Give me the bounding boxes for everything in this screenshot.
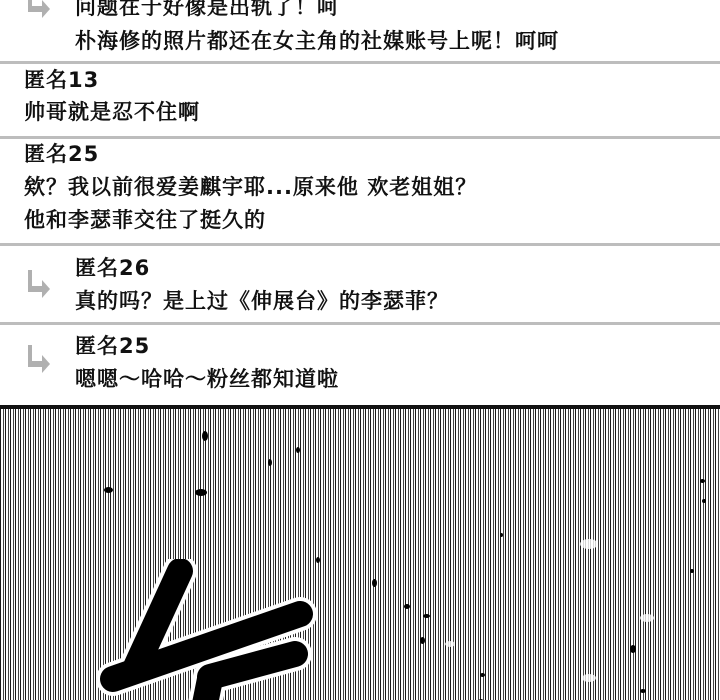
screentone-highlight: [445, 641, 455, 647]
comment-author: 匿名25: [24, 141, 99, 167]
comment-reply: 匿名25 嗯嗯～哈哈～粉丝都知道啦: [0, 325, 720, 405]
brush-stroke-glyph: [95, 559, 325, 700]
reply-arrow-icon: [28, 0, 52, 18]
ink-speck: [500, 533, 503, 537]
comment-author: 匿名13: [24, 67, 99, 93]
ink-speck: [372, 579, 377, 587]
reply-arrow-icon: [28, 345, 52, 373]
ink-speck: [702, 499, 706, 503]
ink-speck: [404, 604, 410, 609]
comment-text-line: 他和李瑟菲交往了挺久的: [24, 207, 266, 233]
comment-text-line: 真的吗？是上过《伸展台》的李瑟菲？: [75, 288, 449, 314]
ink-speck: [690, 569, 694, 573]
ink-speck: [296, 447, 300, 453]
comment-text-line: 欸？我以前很爱姜麒宇耶...原来他 欢老姐姐？: [24, 174, 477, 200]
manga-panel: [0, 405, 720, 700]
screentone-highlight: [580, 539, 598, 549]
comment: 匿名25 欸？我以前很爱姜麒宇耶...原来他 欢老姐姐？ 他和李瑟菲交往了挺久的: [0, 139, 720, 243]
ink-speck: [268, 459, 272, 466]
screentone-highlight: [582, 674, 596, 682]
ink-speck: [202, 431, 208, 441]
comment: 匿名13 帅哥就是忍不住啊: [0, 64, 720, 136]
ink-speck: [630, 645, 636, 653]
comment-thread: 问题在于好像是出轨了！呵 朴海修的照片都还在女主角的社媒账号上呢！呵呵 匿名13…: [0, 0, 720, 405]
ink-speck: [104, 487, 113, 493]
comment-text-line: 嗯嗯～哈哈～粉丝都知道啦: [75, 366, 339, 392]
comment-text-line: 朴海修的照片都还在女主角的社媒账号上呢！呵呵: [75, 28, 559, 54]
comment-author: 匿名25: [75, 333, 150, 359]
comment-text-line: 帅哥就是忍不住啊: [24, 99, 200, 125]
comment-reply: 匿名26 真的吗？是上过《伸展台》的李瑟菲？: [0, 246, 720, 322]
comment-reply: 问题在于好像是出轨了！呵 朴海修的照片都还在女主角的社媒账号上呢！呵呵: [0, 0, 720, 60]
ink-speck: [640, 689, 646, 693]
screentone-highlight: [640, 614, 654, 622]
ink-speck: [420, 637, 425, 644]
reply-arrow-icon: [28, 270, 52, 298]
comment-author: 匿名26: [75, 255, 150, 281]
ink-speck: [423, 614, 430, 618]
ink-speck: [480, 673, 485, 677]
comment-text-line: 问题在于好像是出轨了！呵: [75, 0, 339, 20]
ink-speck: [700, 479, 705, 483]
ink-speck: [195, 489, 207, 496]
